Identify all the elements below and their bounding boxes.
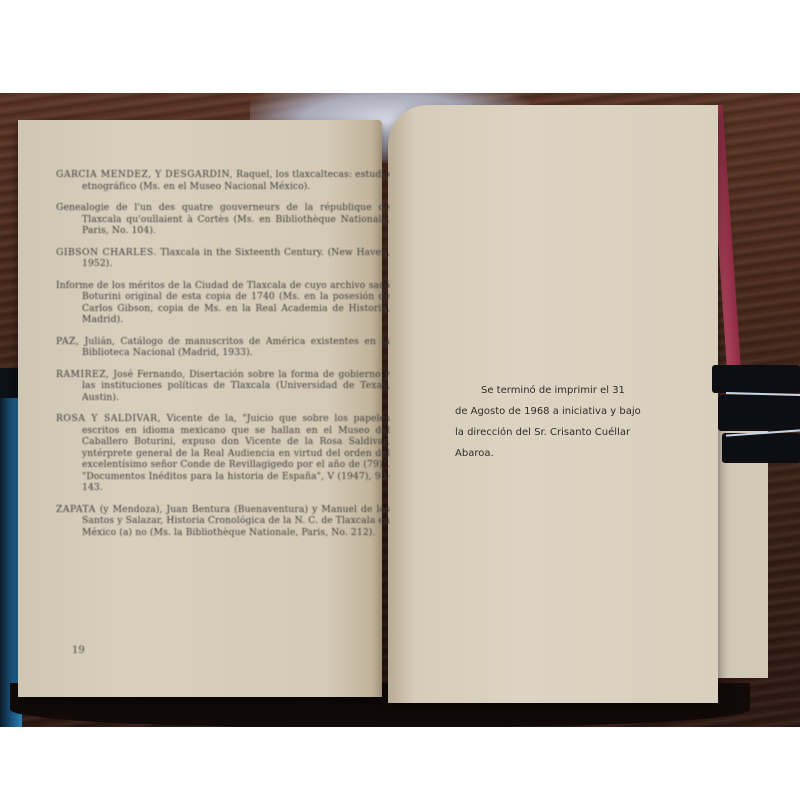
bibliography-entry: Genealogie de l'un des quatre gouverneur… [56,202,390,237]
entry-author: RAMIREZ, [56,369,109,380]
colophon-line: Abaroa. [455,443,655,464]
entry-text: (y Mendoza), Juan Bentura (Buenaventura)… [82,504,390,538]
bibliography-entry: ROSA Y SALDIVAR, Vicente de la, "Juicio … [56,413,390,494]
entry-author: GARCIA MENDEZ, Y DESGARDIN, [56,169,233,180]
entry-text: Genealogie de l'un des quatre gouverneur… [56,202,390,236]
entry-author: GIBSON CHARLES. [56,247,157,258]
colophon-line: la dirección del Sr. Crisanto Cuéllar [455,422,655,443]
entry-author: ROSA Y SALDIVAR, [56,413,161,424]
clip-band [722,433,800,463]
clip-band [718,395,800,431]
entry-text: Vicente de la, "Juicio que sobre los pap… [82,413,390,493]
bibliography-entry: PAZ, Julián, Catálogo de manuscritos de … [56,336,390,359]
bibliography-entry: ZAPATA (y Mendoza), Juan Bentura (Buenav… [56,504,390,539]
binder-clip [712,365,800,465]
bibliography-entry: GIBSON CHARLES. Tlaxcala in the Sixteent… [56,247,390,270]
entry-text: Informe de los méritos de la Ciudad de T… [56,280,390,326]
colophon-line: Se terminó de imprimir el 31 [455,380,655,401]
page-number: 19 [72,645,85,656]
colophon-line: de Agosto de 1968 a iniciativa y bajo [455,401,655,422]
bibliography: GARCIA MENDEZ, Y DESGARDIN, Raquel, los … [56,169,390,548]
entry-author: ZAPATA [56,504,96,515]
bibliography-entry: GARCIA MENDEZ, Y DESGARDIN, Raquel, los … [56,169,390,192]
entry-text: José Fernando, Disertación sobre la form… [82,369,390,403]
bibliography-entry: RAMIREZ, José Fernando, Disertación sobr… [56,369,390,404]
book-photo: GARCIA MENDEZ, Y DESGARDIN, Raquel, los … [0,93,800,727]
bibliography-entry: Informe de los méritos de la Ciudad de T… [56,280,390,326]
entry-author: PAZ, [56,336,79,347]
clip-band [712,365,800,393]
entry-text: Julián, Catálogo de manuscritos de Améri… [82,336,390,359]
colophon: Se terminó de imprimir el 31 de Agosto d… [455,380,655,464]
